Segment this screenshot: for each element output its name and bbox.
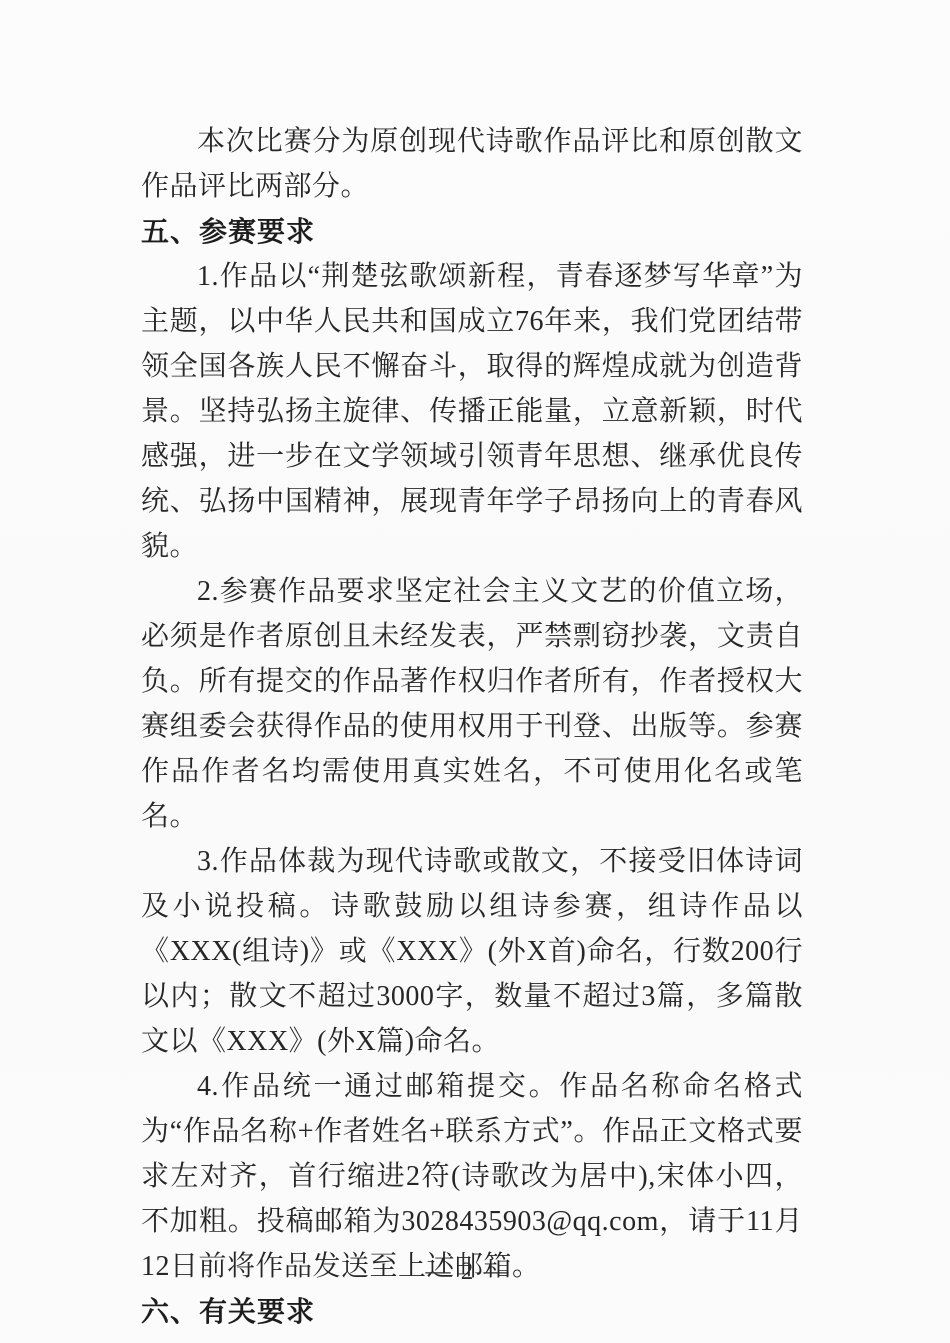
paragraph: 1.作品以“荆楚弦歌颂新程，青春逐梦写华章”为主题，以中华人民共和国成立76年来… <box>141 254 803 569</box>
paragraph: 2.参赛作品要求坚定社会主义文艺的价值立场，必须是作者原创且未经发表，严禁剽窃抄… <box>141 569 803 839</box>
paragraph: 3.作品体裁为现代诗歌或散文，不接受旧体诗词及小说投稿。诗歌鼓励以组诗参赛，组诗… <box>141 839 803 1064</box>
section-heading: 六、有关要求 <box>141 1289 803 1334</box>
paragraph: 本次比赛分为原创现代诗歌作品评比和原创散文作品评比两部分。 <box>141 119 803 209</box>
page-number: — 2 — <box>0 1252 936 1292</box>
document-body: 本次比赛分为原创现代诗歌作品评比和原创散文作品评比两部分。五、参赛要求1.作品以… <box>141 119 803 1334</box>
section-heading: 五、参赛要求 <box>141 209 803 254</box>
document-page: 本次比赛分为原创现代诗歌作品评比和原创散文作品评比两部分。五、参赛要求1.作品以… <box>0 0 950 1343</box>
